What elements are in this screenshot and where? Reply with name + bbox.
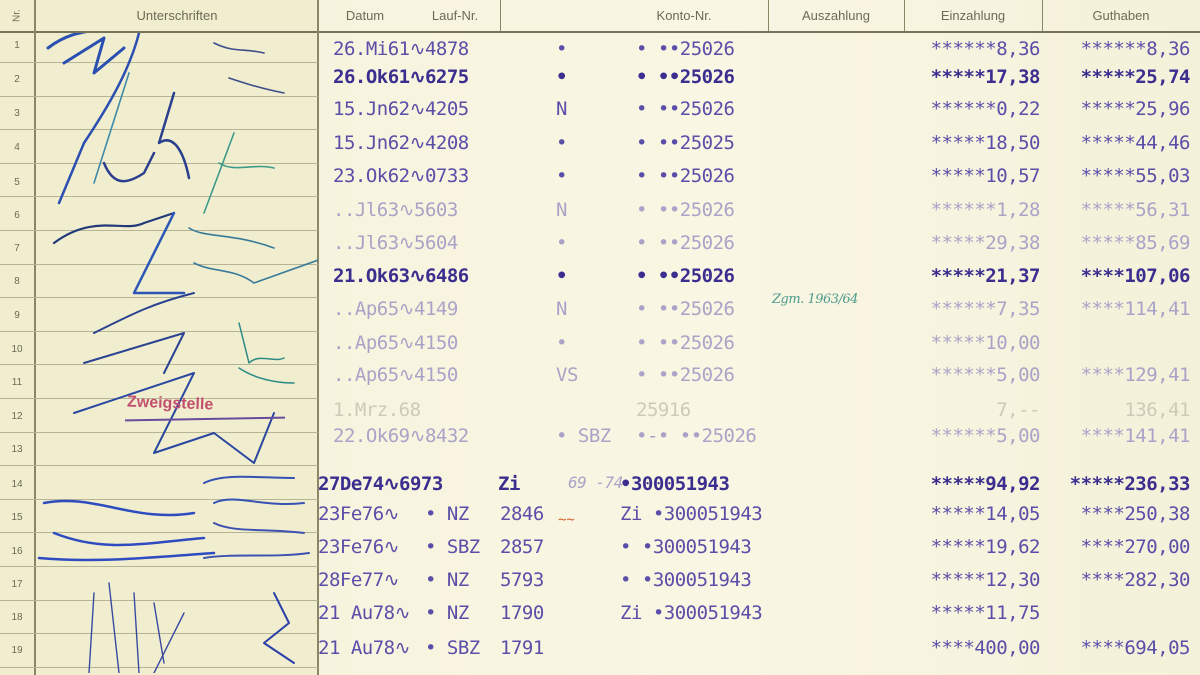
deposit-amount: *****10,00 xyxy=(870,332,1040,354)
header-divider xyxy=(500,0,501,31)
header-signatures: Unterschriften xyxy=(36,0,318,31)
handwritten-signatures xyxy=(34,33,318,673)
header-divider xyxy=(904,0,905,31)
header-account: Konto-Nr. xyxy=(600,0,768,31)
date-sequence: ..Ap65∿4150 xyxy=(333,332,458,354)
account-number: • ••25025 xyxy=(636,132,786,154)
date-sequence: 21 Au78∿ xyxy=(318,602,410,624)
date-sequence: 22.Ok69∿8432 xyxy=(333,425,469,447)
header-deposit: Einzahlung xyxy=(904,0,1042,31)
date-sequence: 23Fe76∿ xyxy=(318,536,399,558)
transaction-code: Zi xyxy=(498,473,520,495)
date-sequence: 26.Ok61∿6275 xyxy=(333,66,469,88)
balance-amount: *****56,31 xyxy=(1020,199,1190,221)
transaction-code: • xyxy=(556,332,567,354)
date-sequence: 23Fe76∿ xyxy=(318,503,399,525)
deposit-amount: *****14,05 xyxy=(870,503,1040,525)
balance-amount: *****85,69 xyxy=(1020,232,1190,254)
transaction-code: • SBZ xyxy=(425,637,480,659)
deposit-amount: ******0,22 xyxy=(870,98,1040,120)
account-number: • ••25026 xyxy=(636,98,786,120)
row-number: 17 xyxy=(0,579,34,590)
transaction-code: VS xyxy=(556,364,578,386)
row-number: 14 xyxy=(0,479,34,490)
deposit-amount: *****19,62 xyxy=(870,536,1040,558)
row-number: 10 xyxy=(0,344,34,355)
balance-amount: ****282,30 xyxy=(1020,569,1190,591)
deposit-amount: ******5,00 xyxy=(870,425,1040,447)
account-number: • ••25026 xyxy=(636,332,786,354)
transaction-code: • xyxy=(556,132,567,154)
deposit-amount: ****400,00 xyxy=(870,637,1040,659)
balance-amount: ****141,41 xyxy=(1020,425,1190,447)
sequence-number: 2846 xyxy=(500,503,544,525)
transaction-code: N xyxy=(556,199,567,221)
transaction-code: • xyxy=(556,165,567,187)
transaction-code: • xyxy=(556,38,567,60)
deposit-amount: *****21,37 xyxy=(870,265,1040,287)
deposit-amount: *****29,38 xyxy=(870,232,1040,254)
transaction-code: • SBZ xyxy=(556,425,611,447)
date-sequence: 15.Jn62∿4208 xyxy=(333,132,469,154)
row-number: 16 xyxy=(0,546,34,557)
date-sequence: ..Jl63∿5603 xyxy=(333,199,458,221)
deposit-amount: ******5,00 xyxy=(870,364,1040,386)
balance-amount: *****55,03 xyxy=(1020,165,1190,187)
row-number: 9 xyxy=(0,310,34,321)
deposit-amount: *****17,38 xyxy=(870,66,1040,88)
row-number: 13 xyxy=(0,444,34,455)
date-sequence: 21 Au78∿ xyxy=(318,637,410,659)
balance-amount: *****25,74 xyxy=(1020,66,1190,88)
sequence-number: 1790 xyxy=(500,602,544,624)
branch-stamp: Zweigstelle xyxy=(127,394,214,415)
header-divider xyxy=(768,0,769,31)
row-number: 7 xyxy=(0,243,34,254)
deposit-amount: ******8,36 xyxy=(870,38,1040,60)
balance-amount: ****129,41 xyxy=(1020,364,1190,386)
deposit-amount: *****94,92 xyxy=(870,473,1040,495)
account-number: 25916 xyxy=(636,399,786,421)
balance-amount: *****25,96 xyxy=(1020,98,1190,120)
account-number: Zi •300051943 xyxy=(620,503,770,525)
account-number: Zi •300051943 xyxy=(620,602,770,624)
date-sequence: ..Jl63∿5604 xyxy=(333,232,458,254)
account-number: • ••25026 xyxy=(636,364,786,386)
row-number: 19 xyxy=(0,645,34,656)
account-number: • •300051943 xyxy=(620,569,770,591)
transaction-code: • SBZ xyxy=(425,536,480,558)
ledger-page: Nr. Unterschriften Datum Lauf-Nr. Konto-… xyxy=(0,0,1200,675)
deposit-amount: *****11,75 xyxy=(870,602,1040,624)
balance-amount: *****44,46 xyxy=(1020,132,1190,154)
date-sequence: 27De74∿6973 xyxy=(318,473,443,495)
balance-amount: ****694,05 xyxy=(1020,637,1190,659)
transaction-code: • NZ xyxy=(425,569,469,591)
deposit-amount: *****10,57 xyxy=(870,165,1040,187)
red-squiggle-mark: ~~ xyxy=(558,512,575,528)
account-number: • ••25026 xyxy=(636,38,786,60)
account-number: •300051943 xyxy=(620,473,770,495)
account-number: • ••25026 xyxy=(636,298,786,320)
header-date: Datum xyxy=(320,0,410,31)
handwritten-note: Zgm. 1963/64 xyxy=(772,292,858,307)
handwritten-range: 69 -74 xyxy=(568,473,623,492)
row-number: 5 xyxy=(0,177,34,188)
account-number: • ••25026 xyxy=(636,265,786,287)
sequence-number: 5793 xyxy=(500,569,544,591)
row-number: 2 xyxy=(0,74,34,85)
account-number: • ••25026 xyxy=(636,165,786,187)
row-number: 11 xyxy=(0,377,34,388)
header-sequence: Lauf-Nr. xyxy=(405,0,505,31)
row-number: 1 xyxy=(0,40,34,51)
account-number: •-• ••25026 xyxy=(636,425,786,447)
date-sequence: ..Ap65∿4150 xyxy=(333,364,458,386)
transaction-code: • xyxy=(556,265,567,287)
balance-amount: 136,41 xyxy=(1020,399,1190,421)
row-number: 12 xyxy=(0,411,34,422)
balance-amount: *****236,33 xyxy=(1020,473,1190,495)
row-number: 3 xyxy=(0,108,34,119)
transaction-code: • NZ xyxy=(425,602,469,624)
date-sequence: 26.Mi61∿4878 xyxy=(333,38,469,60)
deposit-amount: *****18,50 xyxy=(870,132,1040,154)
transaction-code: N xyxy=(556,298,567,320)
row-number: 8 xyxy=(0,276,34,287)
deposit-amount: *****12,30 xyxy=(870,569,1040,591)
transaction-code: • xyxy=(556,232,567,254)
balance-amount: ******8,36 xyxy=(1020,38,1190,60)
account-number: • ••25026 xyxy=(636,232,786,254)
balance-amount: ****107,06 xyxy=(1020,265,1190,287)
sequence-number: 1791 xyxy=(500,637,544,659)
row-number: 18 xyxy=(0,612,34,623)
date-sequence: 1.Mrz.68 xyxy=(333,399,421,421)
deposit-amount: 7,-- xyxy=(870,399,1040,421)
transaction-code: • NZ xyxy=(425,503,469,525)
row-number: 15 xyxy=(0,512,34,523)
header-divider xyxy=(1042,0,1043,31)
account-number: • •300051943 xyxy=(620,536,770,558)
transaction-code: N xyxy=(556,98,567,120)
date-sequence: 23.Ok62∿0733 xyxy=(333,165,469,187)
date-sequence: 15.Jn62∿4205 xyxy=(333,98,469,120)
sequence-number: 2857 xyxy=(500,536,544,558)
transaction-code: • xyxy=(556,66,567,88)
header-withdrawal: Auszahlung xyxy=(768,0,904,31)
date-sequence: ..Ap65∿4149 xyxy=(333,298,458,320)
header-row-number: Nr. xyxy=(0,0,34,31)
row-number: 4 xyxy=(0,142,34,153)
date-sequence: 21.Ok63∿6486 xyxy=(333,265,469,287)
account-number: • ••25026 xyxy=(636,199,786,221)
account-number: • ••25026 xyxy=(636,66,786,88)
header-balance: Guthaben xyxy=(1042,0,1200,31)
balance-amount: ****270,00 xyxy=(1020,536,1190,558)
deposit-amount: ******1,28 xyxy=(870,199,1040,221)
balance-amount: ****250,38 xyxy=(1020,503,1190,525)
date-sequence: 28Fe77∿ xyxy=(318,569,399,591)
deposit-amount: ******7,35 xyxy=(870,298,1040,320)
balance-amount: ****114,41 xyxy=(1020,298,1190,320)
row-number: 6 xyxy=(0,210,34,221)
